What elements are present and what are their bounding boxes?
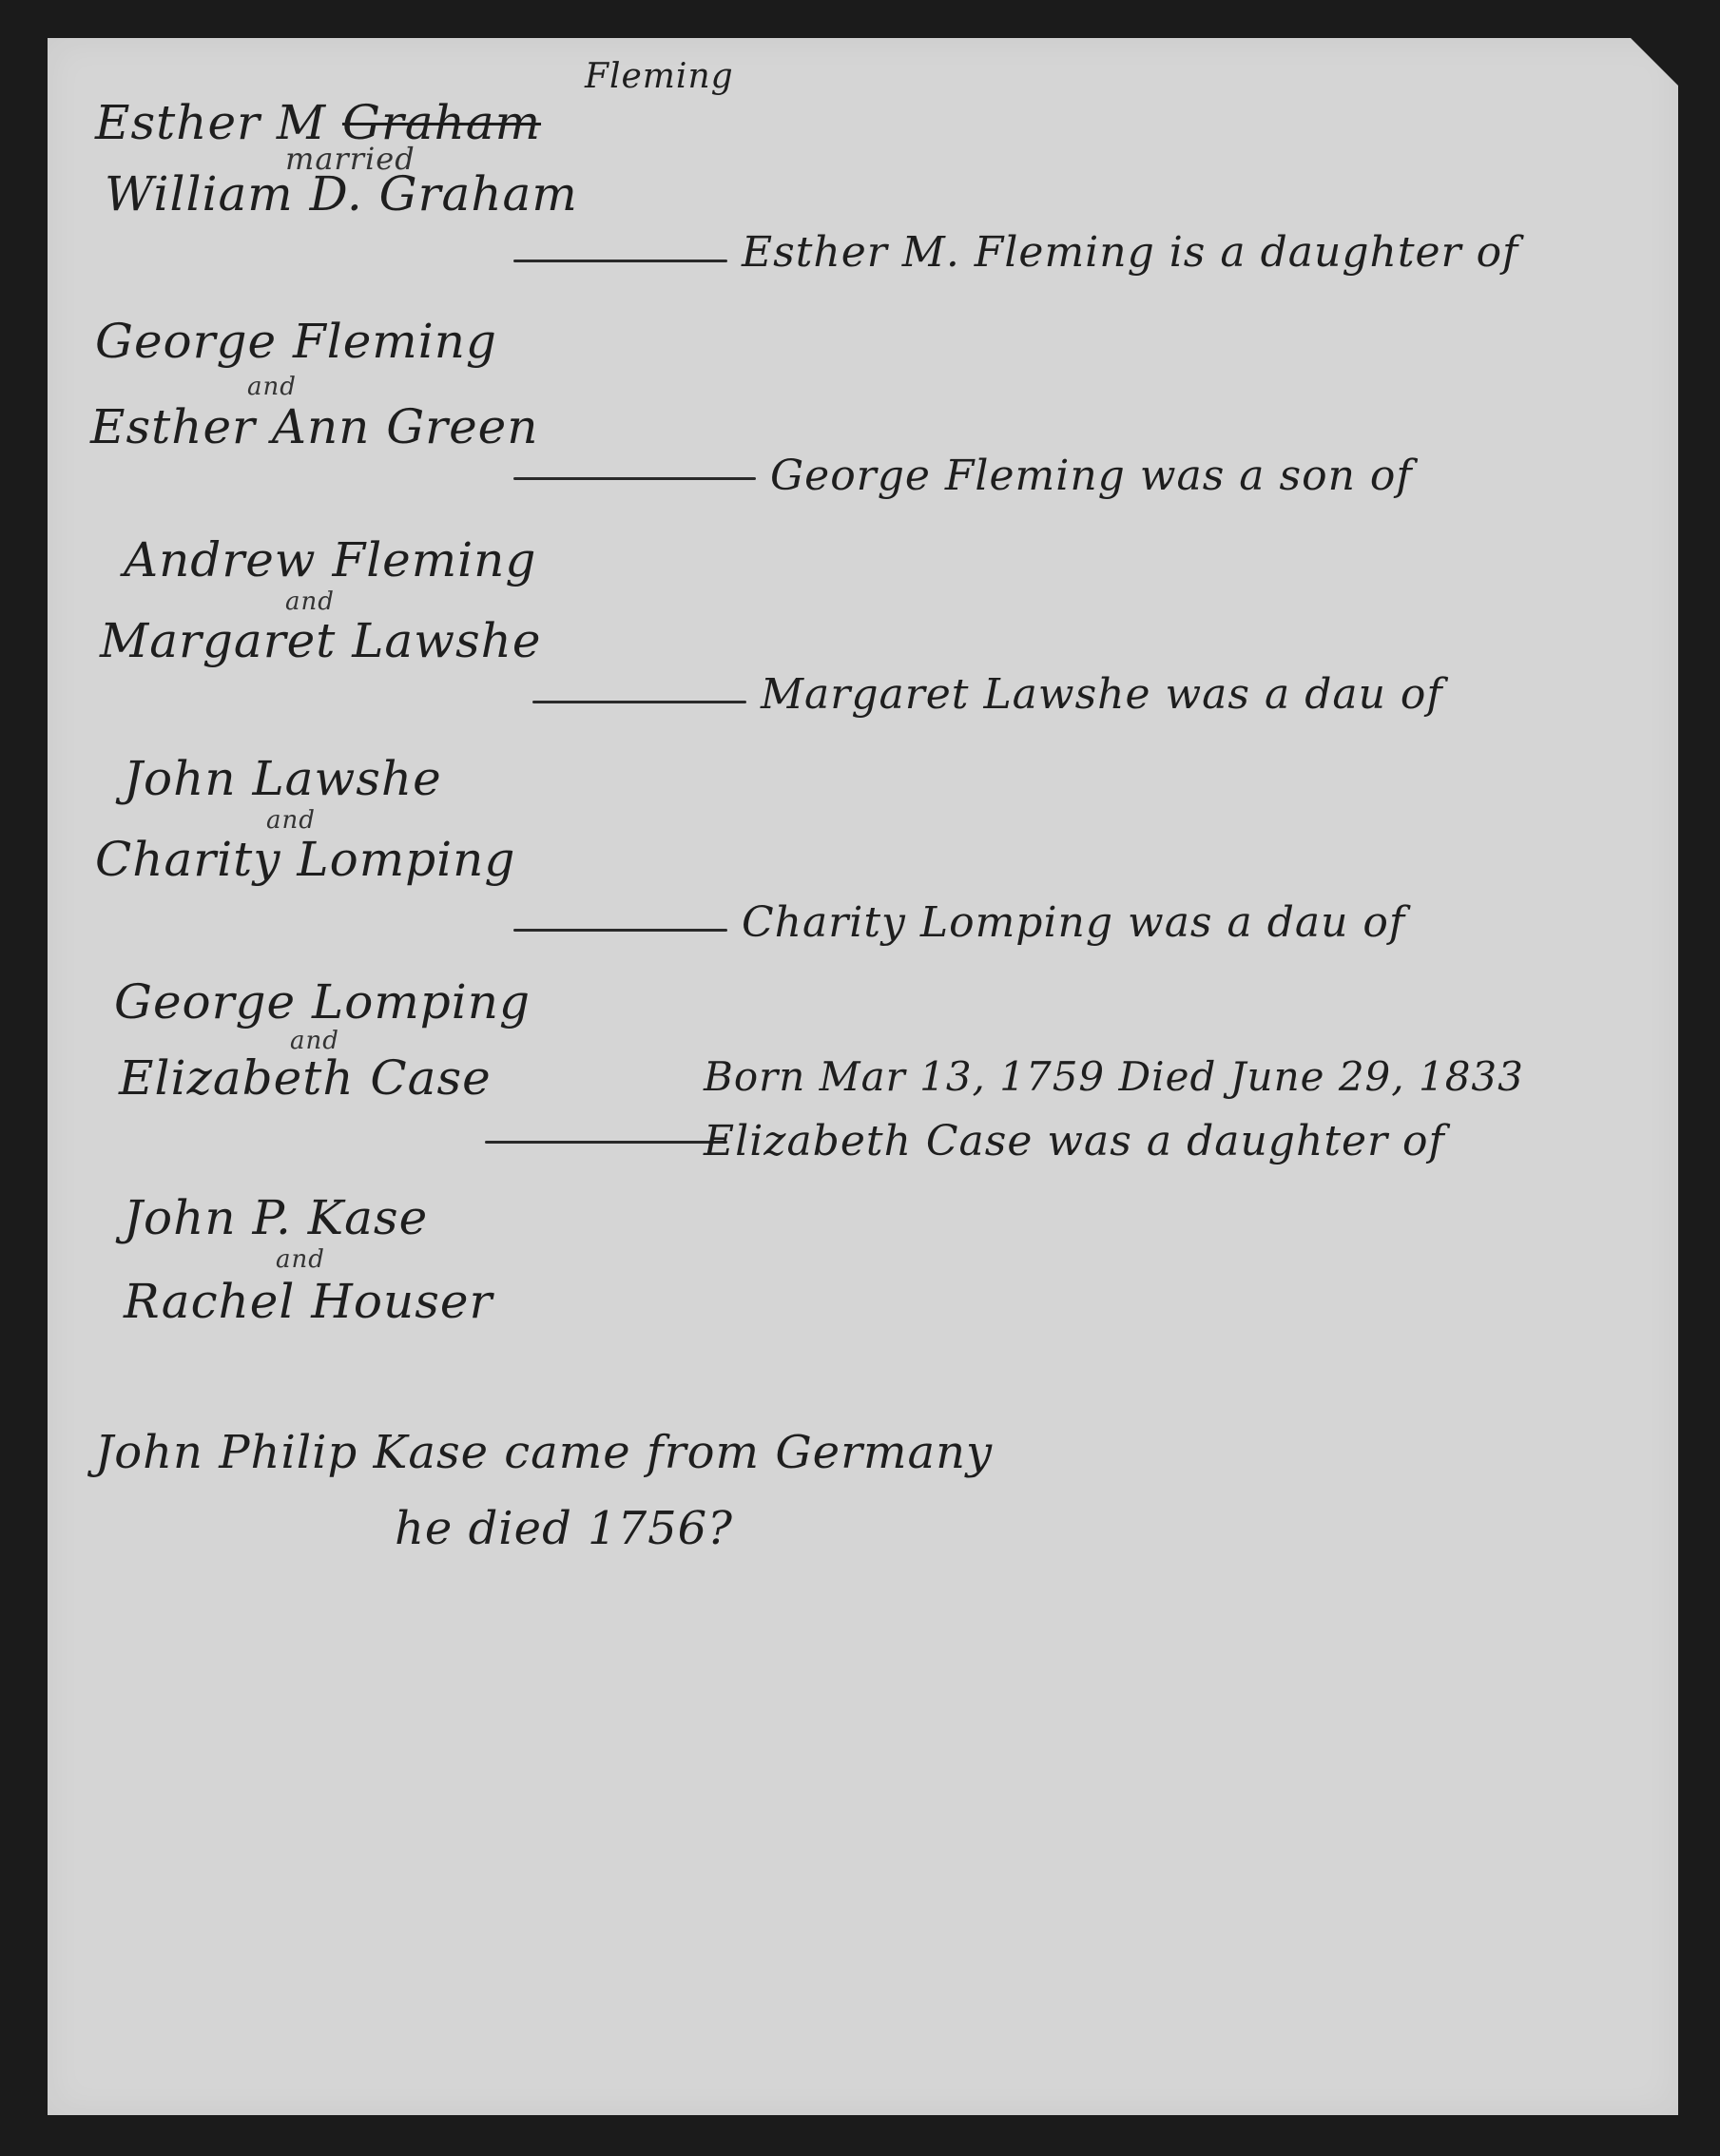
statement-5: Elizabeth Case was a daughter of	[704, 1117, 1445, 1165]
parent-2-gen-1: Esther Ann Green	[90, 399, 538, 454]
connector-line	[532, 701, 746, 703]
footer-line-2: he died 1756?	[395, 1502, 733, 1555]
document-page: Esther M Graham Fleming married William …	[48, 38, 1678, 2115]
connector-line	[513, 260, 727, 262]
connector-line	[513, 929, 727, 932]
footer-line-1: John Philip Kase came from Germany	[95, 1426, 993, 1479]
header-correction: Fleming	[585, 57, 734, 96]
life-dates-note: Born Mar 13, 1759 Died June 29, 1833	[704, 1053, 1524, 1100]
parent-1-gen-5: John P. Kase	[124, 1190, 428, 1245]
parent-2-gen-4: Elizabeth Case	[119, 1050, 492, 1106]
conjunction-gen-3: and	[266, 806, 316, 835]
conjunction-gen-1: and	[247, 373, 297, 401]
parent-1-gen-1: George Fleming	[95, 314, 497, 369]
parent-2-gen-2: Margaret Lawshe	[100, 613, 541, 668]
conjunction-gen-2: and	[285, 587, 335, 616]
parent-2-gen-3: Charity Lomping	[95, 832, 515, 887]
parent-1-gen-2: Andrew Fleming	[124, 532, 536, 587]
conjunction-gen-5: and	[276, 1245, 325, 1274]
connector-line	[485, 1141, 727, 1144]
parent-1-gen-4: George Lomping	[114, 974, 531, 1030]
spouse-name: William D. Graham	[105, 166, 578, 221]
statement-1: Esther M. Fleming is a daughter of	[742, 228, 1518, 277]
statement-3: Margaret Lawshe was a dau of	[761, 670, 1443, 719]
statement-2: George Fleming was a son of	[770, 452, 1413, 500]
statement-4: Charity Lomping was a dau of	[742, 898, 1405, 947]
connector-line	[513, 477, 756, 480]
parent-2-gen-5: Rachel Houser	[124, 1274, 493, 1329]
parent-1-gen-3: John Lawshe	[124, 751, 442, 806]
